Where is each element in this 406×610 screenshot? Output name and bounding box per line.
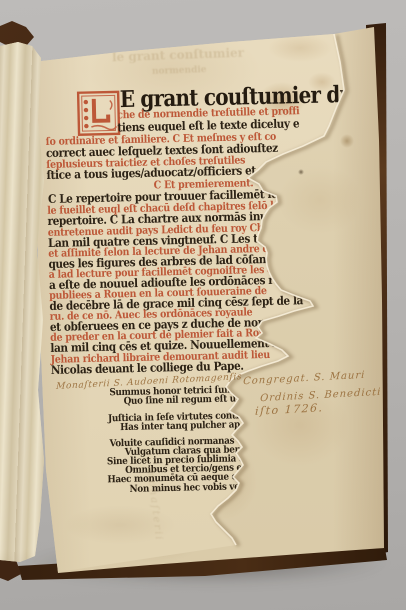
woodcut-initial-L [77,90,121,136]
photograph-of-book: le grant conſtumier normendie E grant co… [0,0,406,610]
verse-line-2: Quo ſine nil regum eſt un [124,394,242,408]
verse-line-4: Has inter tanq pulcher ap [120,420,240,434]
